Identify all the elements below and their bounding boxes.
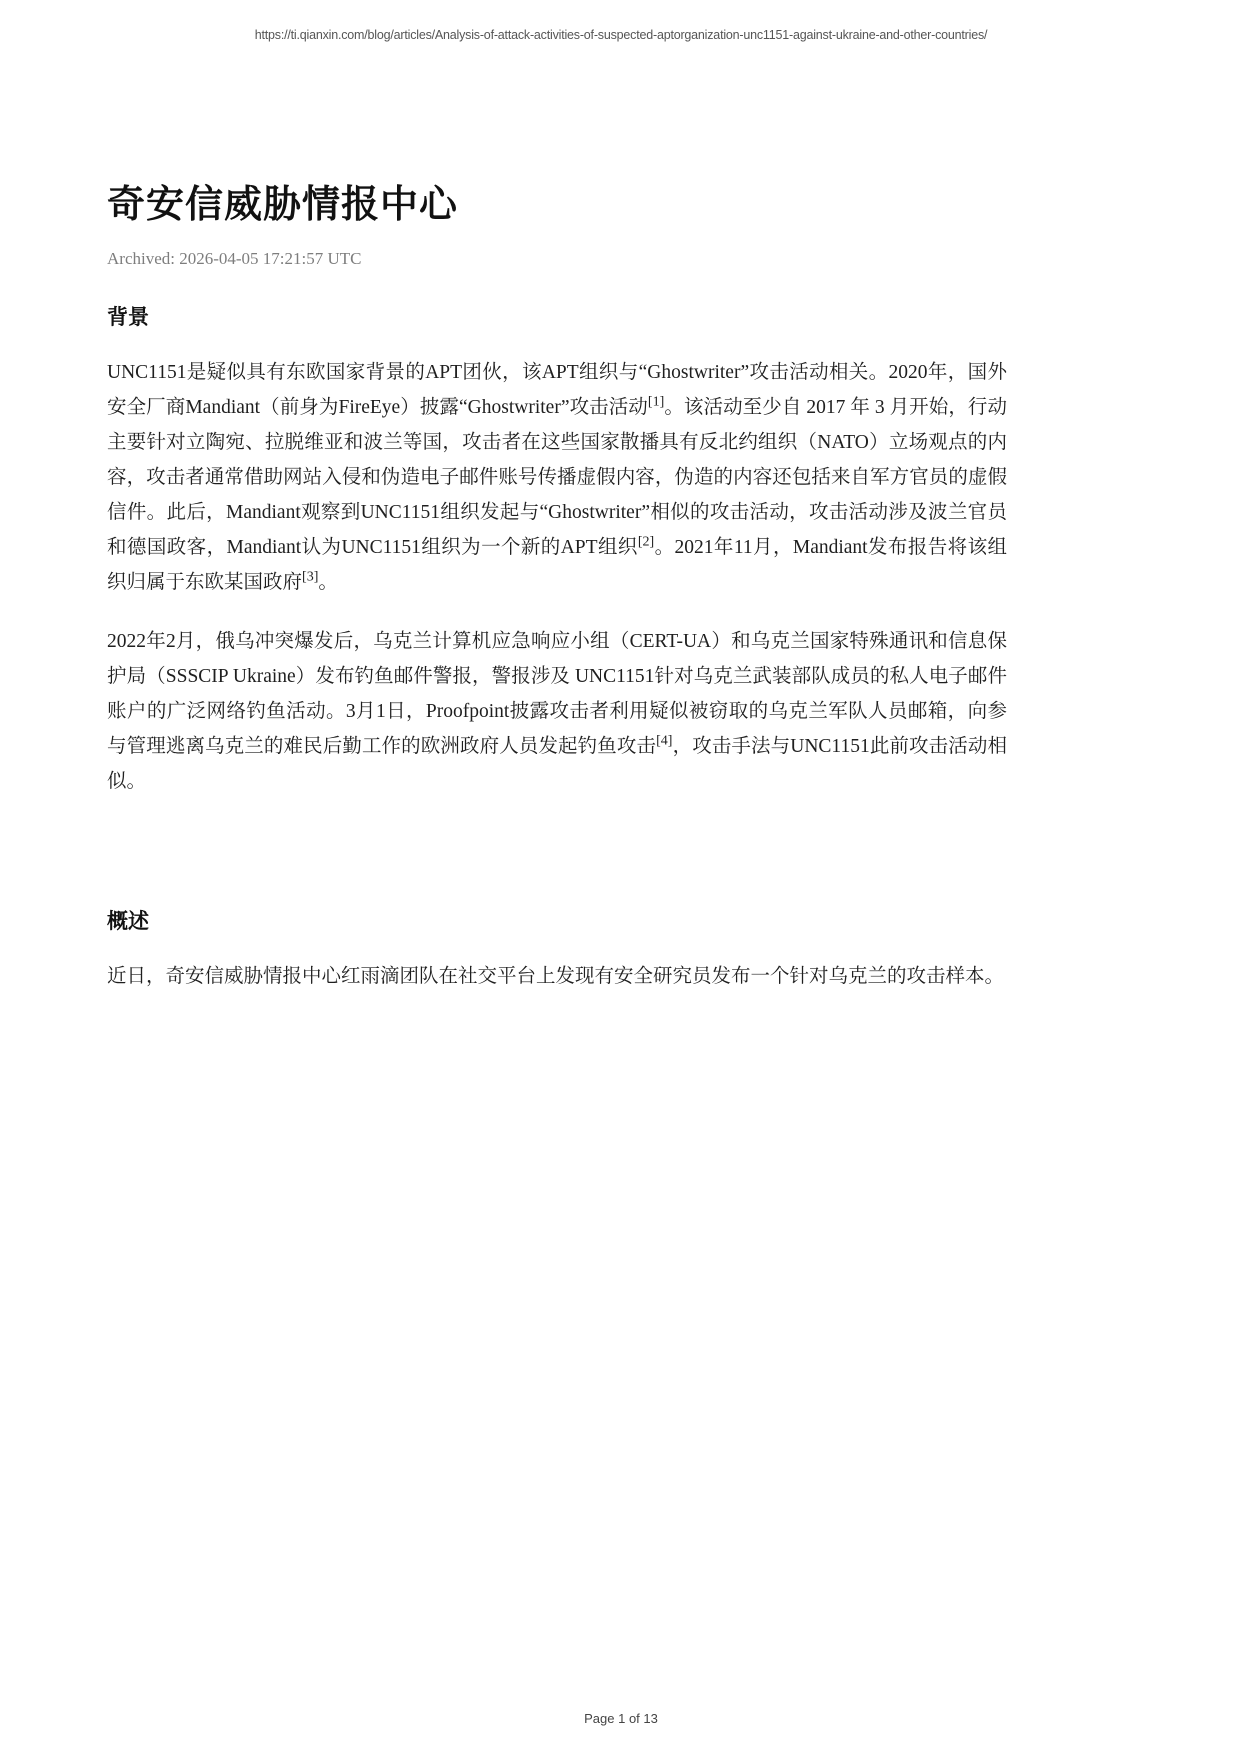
archived-timestamp: Archived: 2026-04-05 17:21:57 UTC — [107, 249, 1007, 269]
section-heading: 背景 — [107, 305, 1007, 331]
paragraph: 近日，奇安信威胁情报中心红雨滴团队在社交平台上发现有安全研究员发布一个针对乌克兰… — [107, 959, 1007, 994]
article: 奇安信威胁情报中心 Archived: 2026-04-05 17:21:57 … — [107, 0, 1007, 994]
reference-marker: [1] — [648, 393, 664, 409]
text-run: 。该活动至少自 2017 年 3 月开始，行动主要针对立陶宛、拉脱维亚和波兰等国… — [107, 397, 1007, 558]
section-heading: 概述 — [107, 909, 1007, 935]
page-number: Page 1 of 13 — [0, 1711, 1242, 1726]
page-title: 奇安信威胁情报中心 — [107, 183, 1007, 229]
reference-marker: [4] — [656, 732, 672, 748]
article-sections: 背景UNC1151是疑似具有东欧国家背景的APT团伙，该APT组织与“Ghost… — [107, 305, 1007, 995]
reference-marker: [2] — [638, 533, 654, 549]
paragraph: 2022年2月，俄乌冲突爆发后，乌克兰计算机应急响应小组（CERT-UA）和乌克… — [107, 624, 1007, 799]
paragraph: UNC1151是疑似具有东欧国家背景的APT团伙，该APT组织与“Ghostwr… — [107, 355, 1007, 600]
text-run: 。 — [318, 572, 338, 593]
reference-marker: [3] — [302, 568, 318, 584]
text-run: 近日，奇安信威胁情报中心红雨滴团队在社交平台上发现有安全研究员发布一个针对乌克兰… — [107, 966, 1004, 987]
